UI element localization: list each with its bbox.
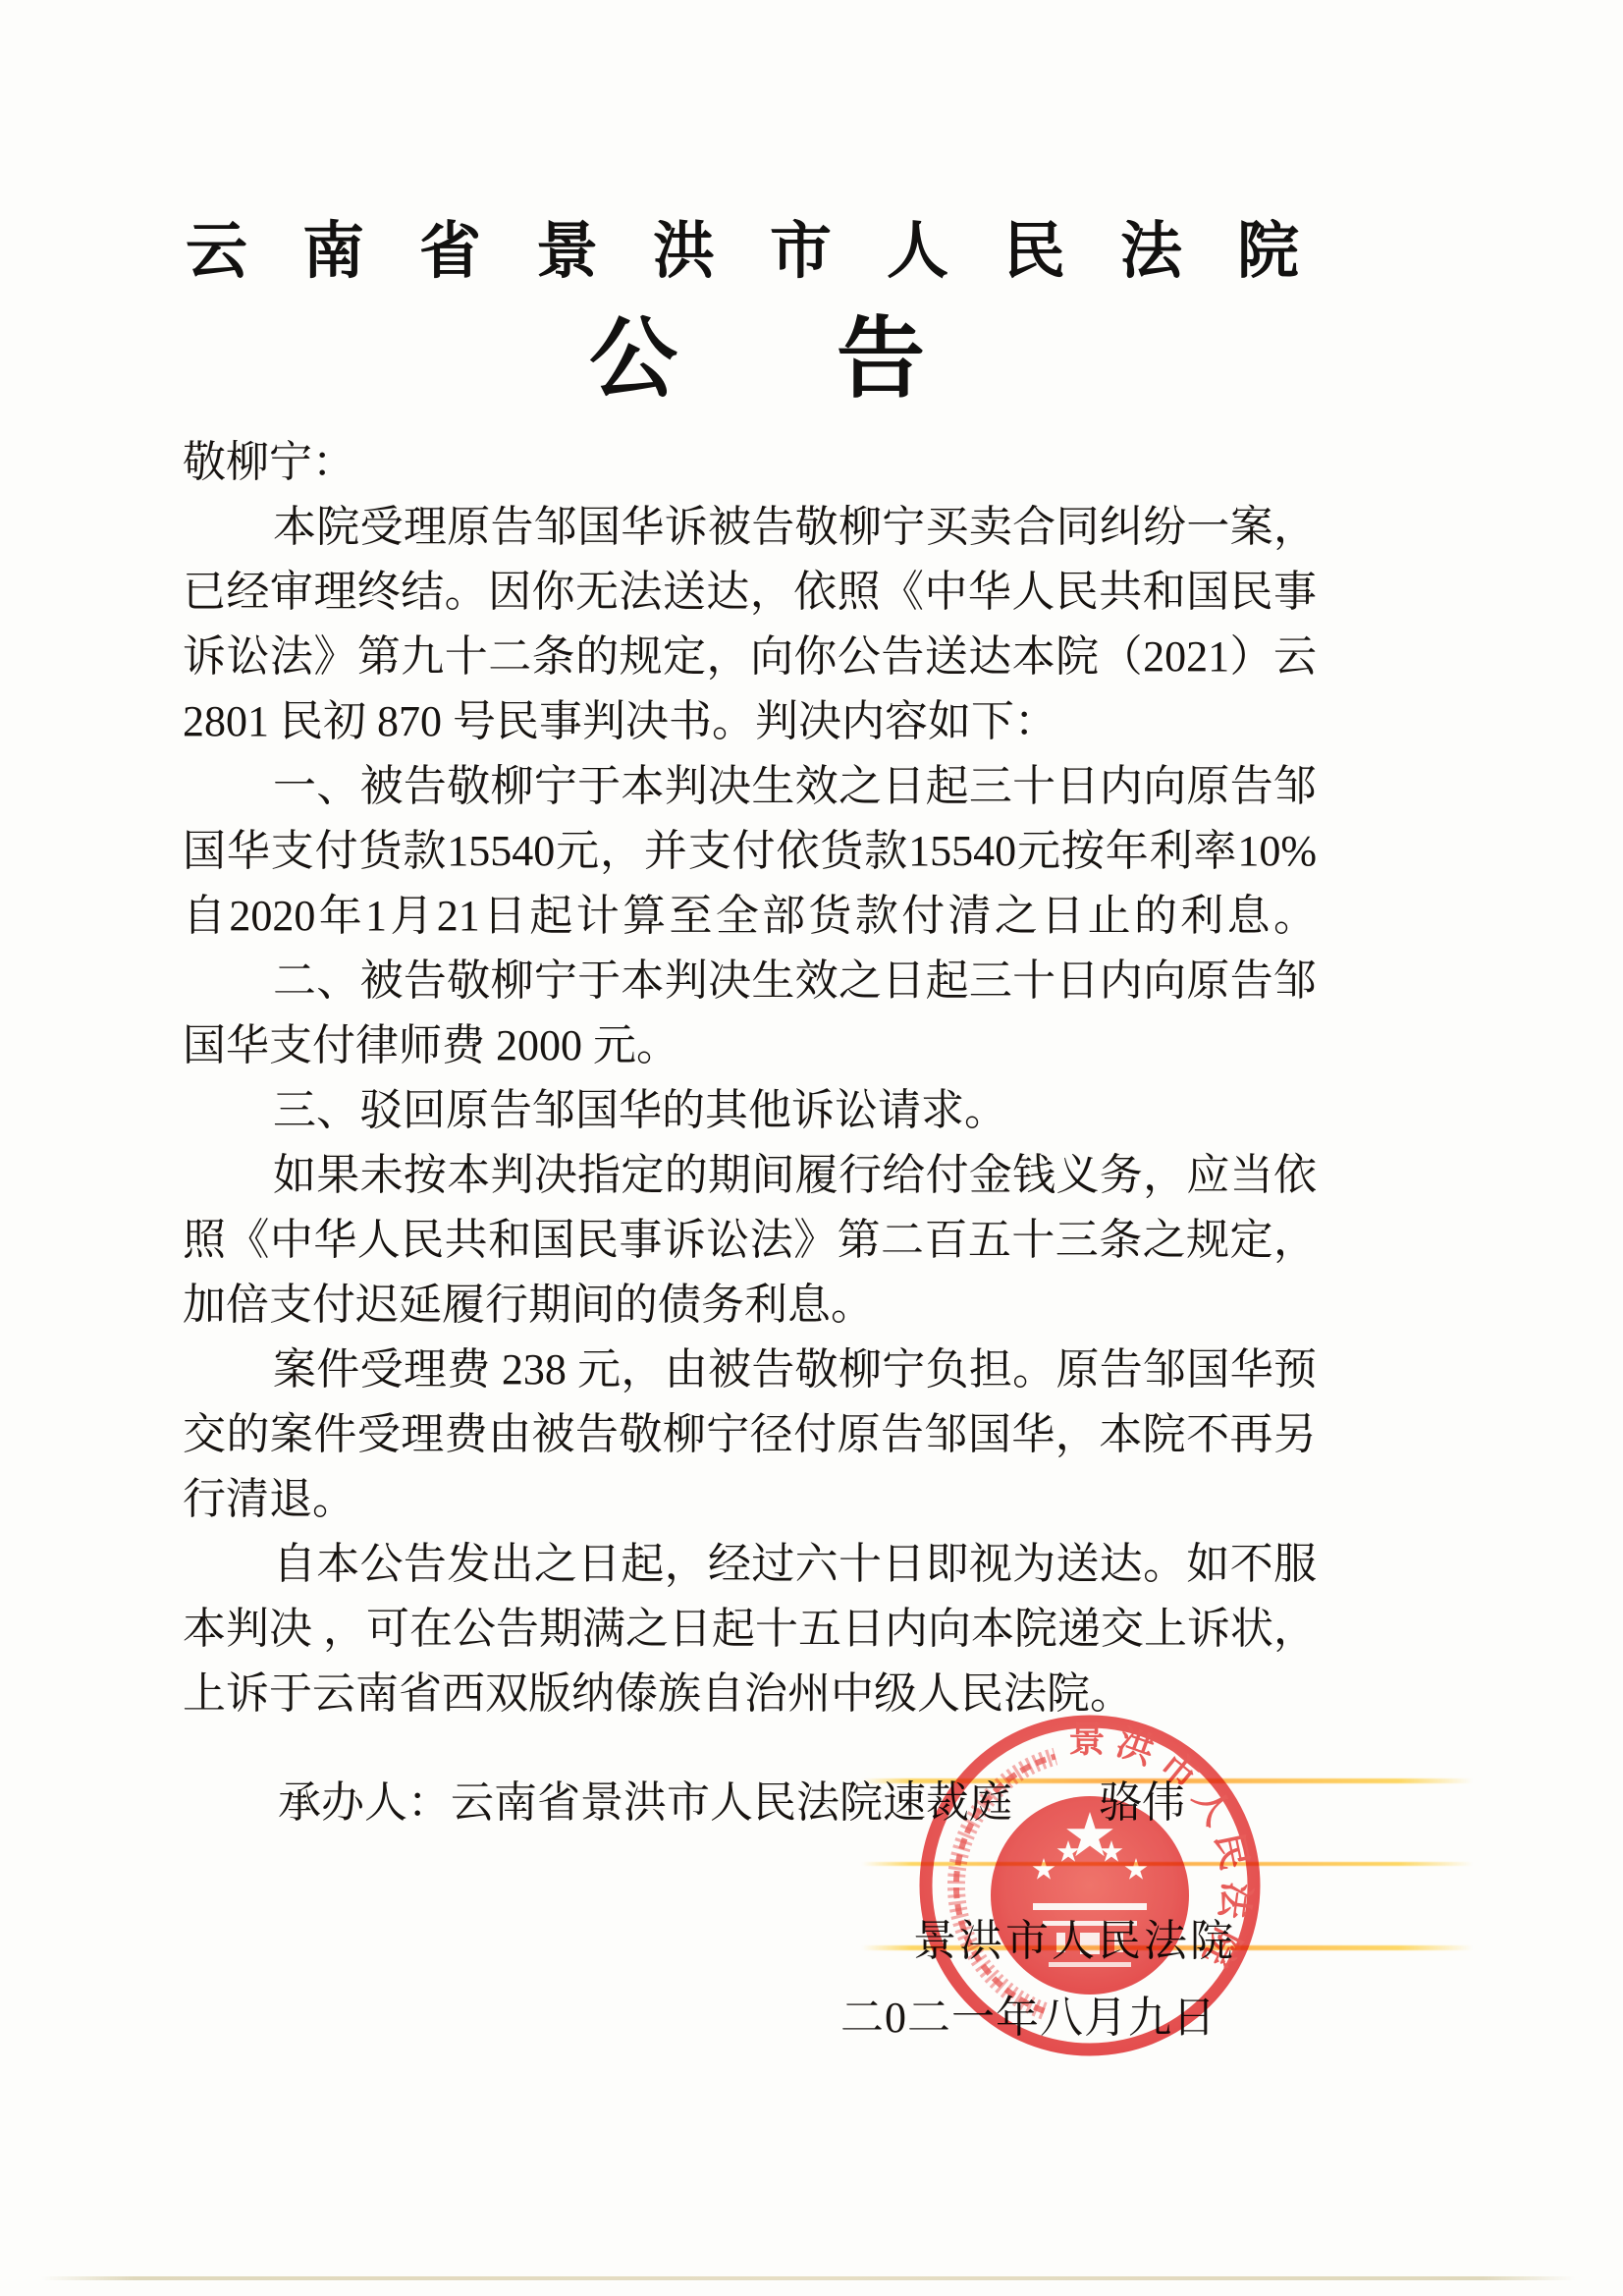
scan-edge-line <box>41 2276 1575 2280</box>
national-emblem-icon <box>991 1796 1189 1995</box>
body-line: 国华支付律师费 2000 元。 <box>183 1013 1317 1078</box>
body-line: 二、被告敬柳宁于本判决生效之日起三十日内向原告邹 <box>183 949 1317 1013</box>
body-line: 照《中华人民共和国民事诉讼法》第二百五十三条之规定， <box>183 1208 1317 1273</box>
court-title: 云南省景洪市人民法院 <box>186 201 1354 291</box>
body-line: 自2020年1月21日起计算至全部货款付清之日止的利息。 <box>183 884 1317 949</box>
body-line: 加倍支付迟延履行期间的债务利息。 <box>183 1273 1317 1338</box>
salutation: 敬柳宁： <box>183 430 355 495</box>
body-line: 行清退。 <box>183 1467 1317 1532</box>
body-line: 已经审理终结。因你无法送达，依照《中华人民共和国民事 <box>183 560 1317 625</box>
body-line: 如果未按本判决指定的期间履行给付金钱义务，应当依 <box>183 1143 1317 1208</box>
body-line: 本院受理原告邹国华诉被告敬柳宁买卖合同纠纷一案， <box>183 495 1317 560</box>
body-line: 国华支付货款15540元，并支付依货款15540元按年利率10% <box>183 819 1317 884</box>
scan-streak <box>862 1778 1473 1783</box>
body-line: 自本公告发出之日起，经过六十日即视为送达。如不服 <box>183 1532 1317 1597</box>
body-text: 本院受理原告邹国华诉被告敬柳宁买卖合同纠纷一案，已经审理终结。因你无法送达，依照… <box>183 495 1317 1726</box>
notice-title: 公告 <box>589 287 1084 414</box>
body-line: 三、驳回原告邹国华的其他诉讼请求。 <box>183 1078 1317 1143</box>
scan-streak <box>862 1945 1473 1950</box>
scan-streak <box>862 1862 1473 1866</box>
body-line: 2801 民初 870 号民事判决书。判决内容如下： <box>183 689 1317 754</box>
court-seal-stamp: 景洪市人民法院 <box>913 1709 1267 2062</box>
body-line: 案件受理费 238 元，由被告敬柳宁负担。原告邹国华预 <box>183 1338 1317 1402</box>
document-page: 云南省景洪市人民法院 公告 敬柳宁： 本院受理原告邹国华诉被告敬柳宁买卖合同纠纷… <box>0 0 1623 2296</box>
body-line: 交的案件受理费由被告敬柳宁径付原告邹国华，本院不再另 <box>183 1402 1317 1467</box>
body-line: 一、被告敬柳宁于本判决生效之日起三十日内向原告邹 <box>183 754 1317 819</box>
body-line: 本判决 ，可在公告期满之日起十五日内向本院递交上诉状， <box>183 1597 1317 1662</box>
body-line: 诉讼法》第九十二条的规定，向你公告送达本院（2021）云 <box>183 625 1317 689</box>
